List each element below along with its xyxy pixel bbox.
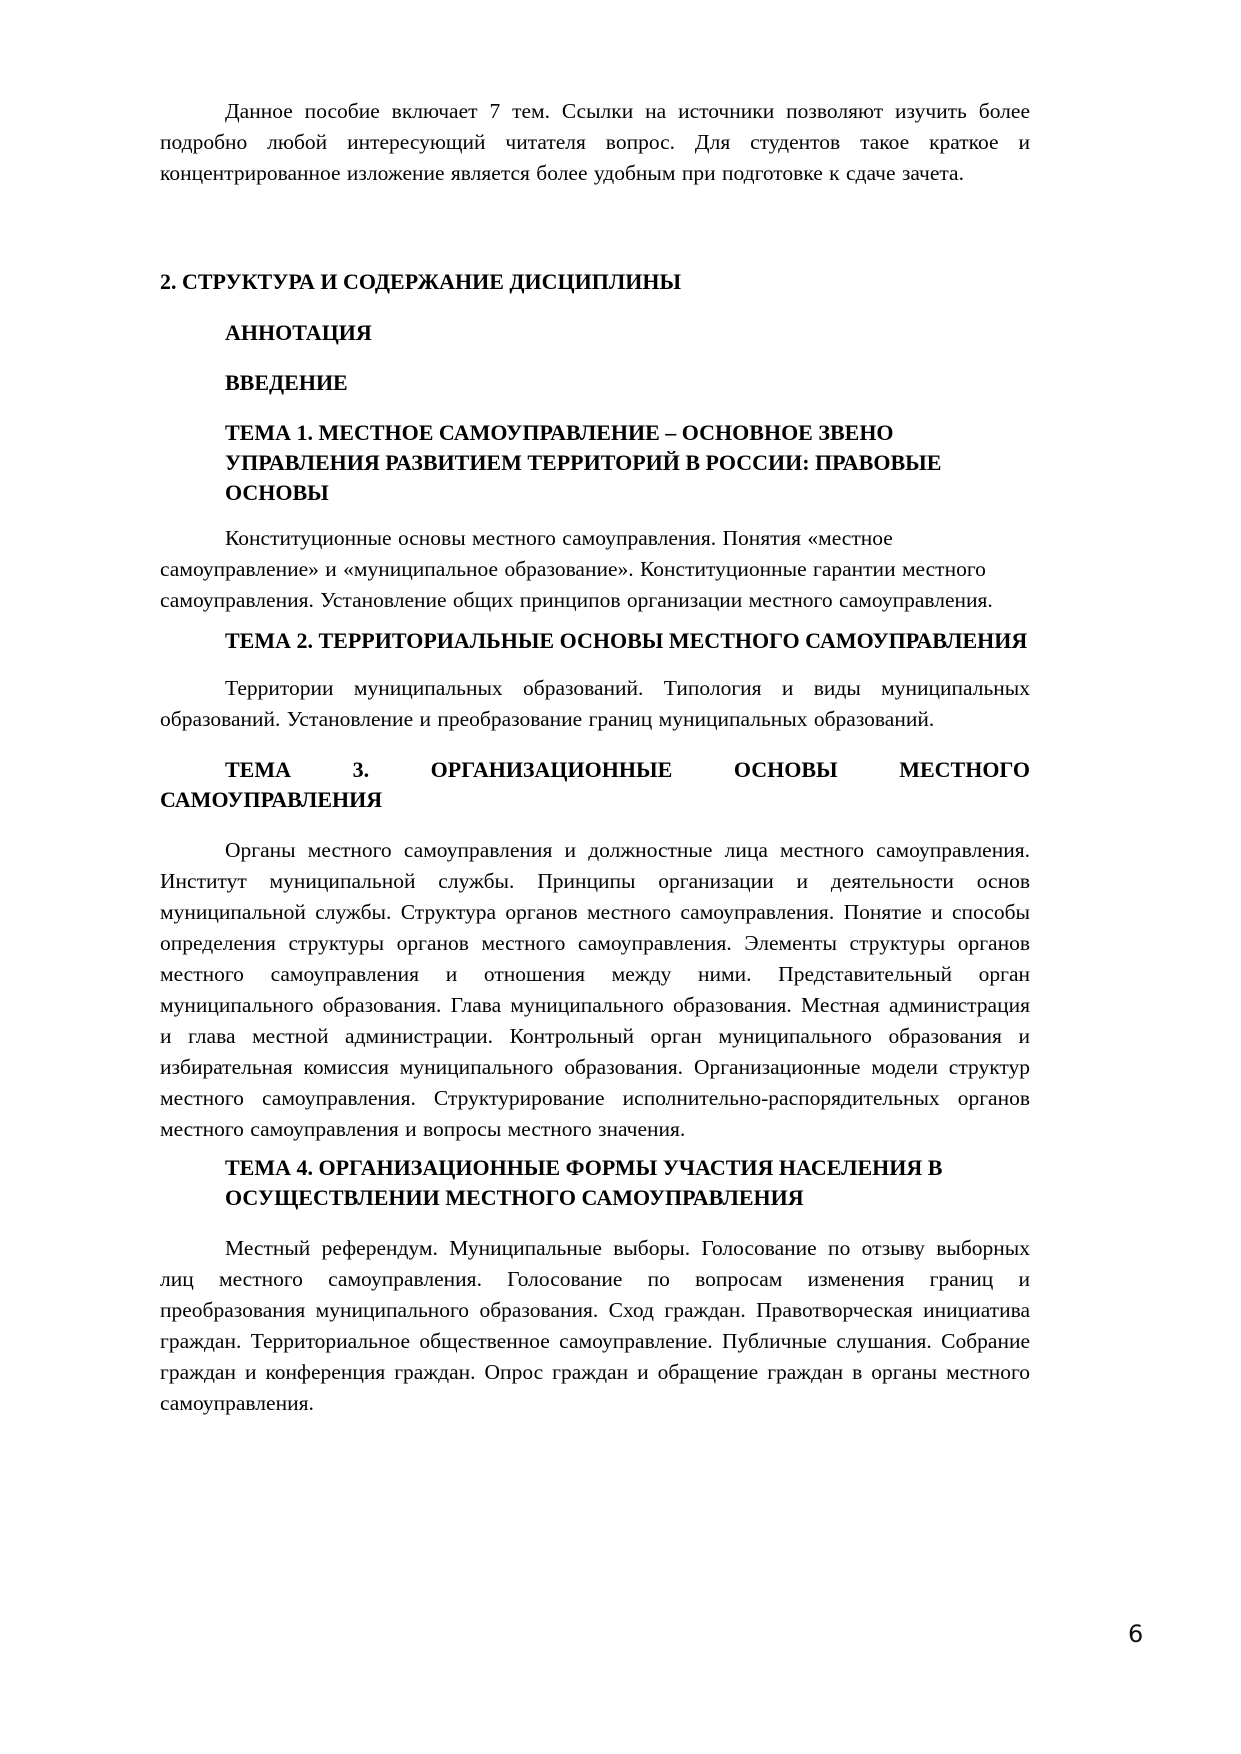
topic-2-body: Территории муниципальных образований. Ти…	[160, 673, 1030, 735]
page-number: 6	[1128, 1620, 1143, 1648]
introduction-heading: ВВЕДЕНИЕ	[160, 368, 1030, 398]
topic-3-body: Органы местного самоуправления и должнос…	[160, 835, 1030, 1145]
document-page: Данное пособие включает 7 тем. Ссылки на…	[0, 0, 1241, 1754]
topic-1-heading: ТЕМА 1. МЕСТНОЕ САМОУПРАВЛЕНИЕ – ОСНОВНО…	[225, 418, 1030, 508]
topic-2-heading: ТЕМА 2. ТЕРРИТОРИАЛЬНЫЕ ОСНОВЫ МЕСТНОГО …	[160, 626, 1030, 656]
topic-4-body: Местный референдум. Муниципальные выборы…	[160, 1233, 1030, 1419]
topic-3-heading: ТЕМА 3. ОРГАНИЗАЦИОННЫЕ ОСНОВЫ МЕСТНОГО …	[160, 755, 1030, 815]
page-content: Данное пособие включает 7 тем. Ссылки на…	[160, 96, 1030, 1419]
topic-1-body: Конституционные основы местного самоупра…	[160, 523, 1030, 616]
intro-paragraph: Данное пособие включает 7 тем. Ссылки на…	[160, 96, 1030, 189]
annotation-heading: АННОТАЦИЯ	[160, 318, 1030, 348]
topic-4-heading: ТЕМА 4. ОРГАНИЗАЦИОННЫЕ ФОРМЫ УЧАСТИЯ НА…	[225, 1153, 1030, 1213]
section-heading: 2. СТРУКТУРА И СОДЕРЖАНИЕ ДИСЦИПЛИНЫ	[160, 267, 1030, 297]
